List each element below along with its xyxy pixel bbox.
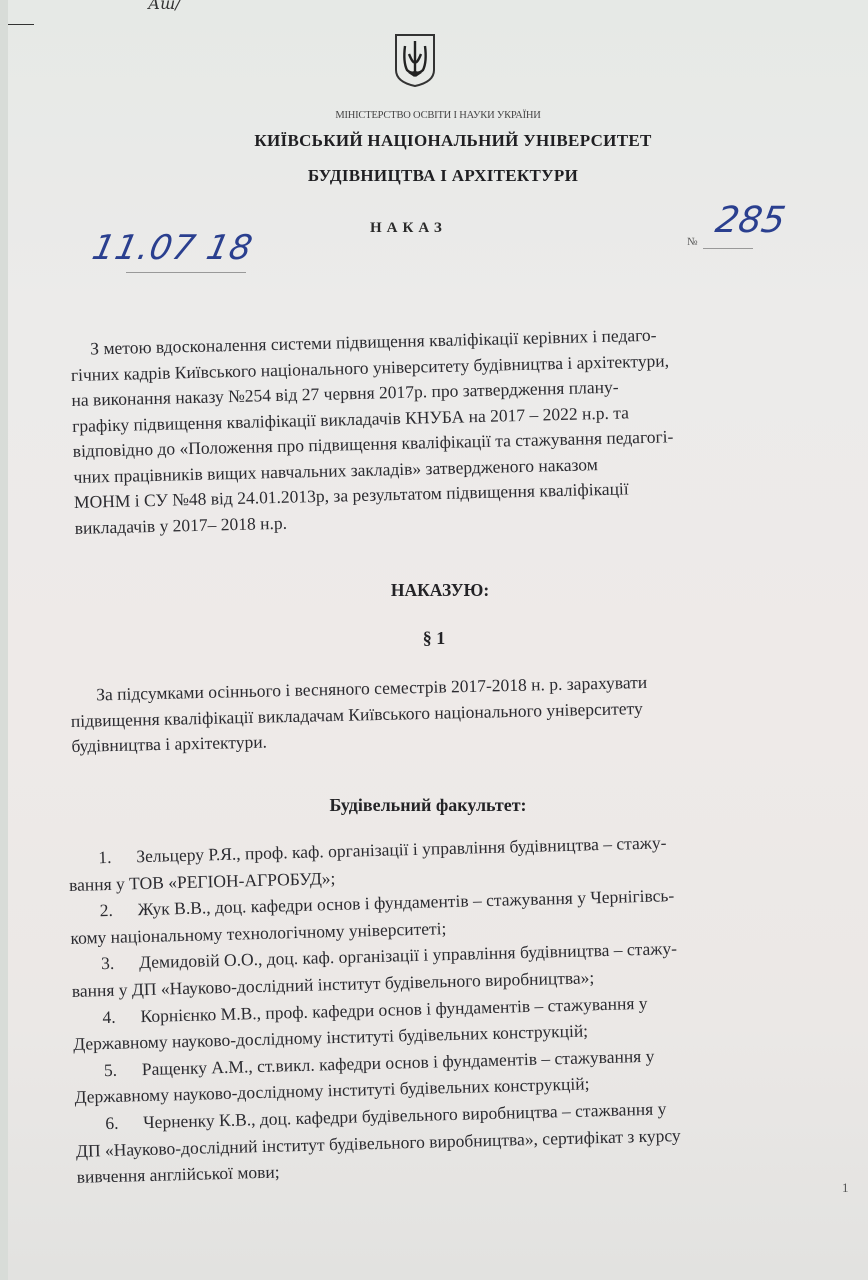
number-underline — [703, 248, 753, 249]
staff-list: 1.Зельцеру Р.Я., проф. каф. організації … — [68, 824, 868, 1191]
handwritten-order-number: 285 — [712, 200, 788, 241]
section1-paragraph: За підсумками осіннього і весняного семе… — [70, 665, 852, 759]
university-name-line1: КИЇВСЬКИЙ НАЦІОНАЛЬНИЙ УНІВЕРСИТЕТ — [23, 131, 868, 151]
university-name-line2: БУДІВНИЦТВА І АРХІТЕКТУРИ — [13, 166, 868, 186]
corner-handwriting: Аш/ — [148, 0, 181, 13]
number-label: № — [687, 236, 698, 248]
order-heading: НАКАЗУЮ: — [10, 580, 868, 601]
document-type-title: НАКАЗ — [370, 220, 447, 237]
margin-line — [8, 24, 34, 25]
intro-paragraph: З метою вдосконалення системи підвищення… — [70, 318, 855, 541]
ministry-name: МІНІСТЕРСТВО ОСВІТИ І НАУКИ УКРАЇНИ — [8, 110, 868, 121]
faculty-heading: Будівельний факультет: — [8, 795, 858, 816]
coat-of-arms-icon — [393, 32, 437, 88]
handwritten-date: 11.07 18 — [89, 228, 257, 268]
page-number: 1 — [842, 1180, 849, 1196]
document-page: Аш/ МІНІСТЕРСТВО ОСВІТИ І НАУКИ УКРАЇНИ … — [8, 0, 868, 1280]
paragraph-mark: § 1 — [8, 628, 864, 649]
date-underline — [126, 272, 246, 273]
